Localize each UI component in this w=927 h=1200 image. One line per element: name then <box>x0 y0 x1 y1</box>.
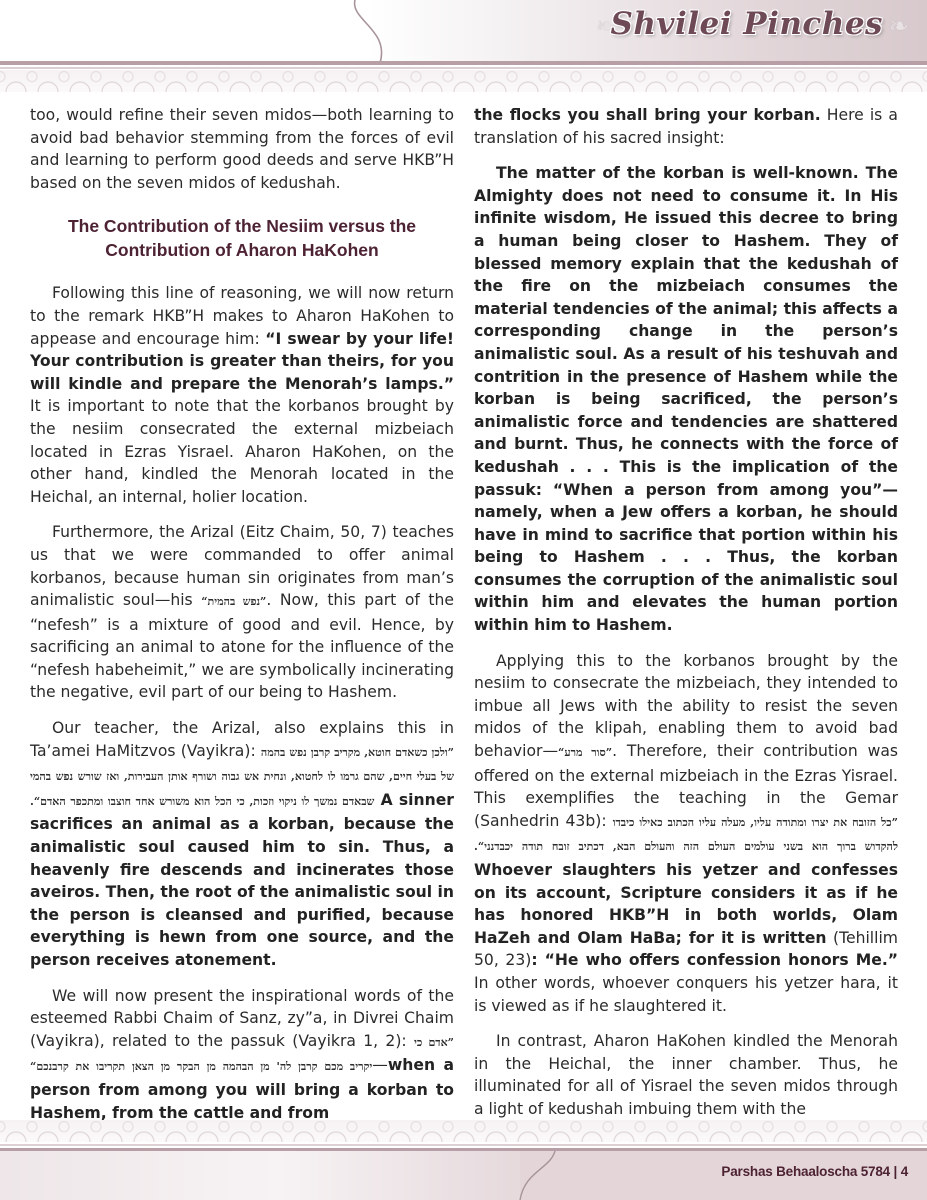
paragraph: In contrast, Aharon HaKohen kindled the … <box>474 1030 898 1120</box>
separator: | <box>894 1164 898 1179</box>
paragraph-text: In contrast, Aharon HaKohen kindled the … <box>474 1032 898 1118</box>
paragraph-text: In other words, whoever conquers his yet… <box>474 974 898 1015</box>
header-ornament-border <box>0 70 927 92</box>
footer-ornament-border <box>0 1120 927 1142</box>
translation-bold: The matter of the korban is well-known. … <box>474 164 898 634</box>
right-column: the flocks you shall bring your korban. … <box>474 104 898 1134</box>
paragraph: We will now present the inspirational wo… <box>30 985 454 1125</box>
paragraph: Following this line of reasoning, we wil… <box>30 282 454 508</box>
footer-page-label: Parshas Behaaloscha 5784 | 4 <box>721 1164 908 1179</box>
hebrew-quote: ”סור מרע“ <box>558 746 612 759</box>
paragraph-text: It is important to note that the korbano… <box>30 397 454 505</box>
paragraph: Furthermore, the Arizal (Eitz Chaim, 50,… <box>30 521 454 704</box>
paragraph: Applying this to the korbanos brought by… <box>474 650 898 1018</box>
page-footer: Parshas Behaaloscha 5784 | 4 <box>0 1120 927 1200</box>
em-dash: — <box>372 1056 388 1074</box>
paragraph-text: We will now present the inspirational wo… <box>30 987 454 1050</box>
page-number: 4 <box>901 1164 908 1179</box>
section-heading-line: Contribution of Aharon HaKohen <box>30 238 454 262</box>
section-heading: The Contribution of the Nesiim versus th… <box>30 214 454 262</box>
paragraph-text: too, would refine their seven midos—both… <box>30 106 454 192</box>
header-rule-thin <box>0 67 927 69</box>
header-curve-divider <box>330 0 410 64</box>
section-heading-line: The Contribution of the Nesiim versus th… <box>30 214 454 238</box>
translation-bold: A sinner sacrifices an animal as a korba… <box>30 791 454 969</box>
publication-title: Shvilei Pinches <box>611 6 884 42</box>
paragraph: too, would refine their seven midos—both… <box>30 104 454 194</box>
header-rule <box>0 61 927 65</box>
footer-rule-thin <box>0 1144 927 1146</box>
hebrew-quote: ”נפש בהמית“ <box>201 595 266 608</box>
parsha-name: Parshas Behaaloscha 5784 <box>721 1164 890 1179</box>
left-column: too, would refine their seven midos—both… <box>30 104 454 1137</box>
paragraph: Our teacher, the Arizal, also explains t… <box>30 717 454 972</box>
page-header: ❧ Shvilei Pinches ❧ <box>0 0 927 100</box>
quote-bold: : “He who offers confession honors Me.” <box>531 951 898 969</box>
swirl-icon: ❧ <box>889 12 909 40</box>
footer-curve-divider <box>505 1151 565 1200</box>
paragraph-bold-translation: The matter of the korban is well-known. … <box>474 162 898 636</box>
paragraph: the flocks you shall bring your korban. … <box>474 104 898 149</box>
translation-bold: the flocks you shall bring your korban. <box>474 106 821 124</box>
